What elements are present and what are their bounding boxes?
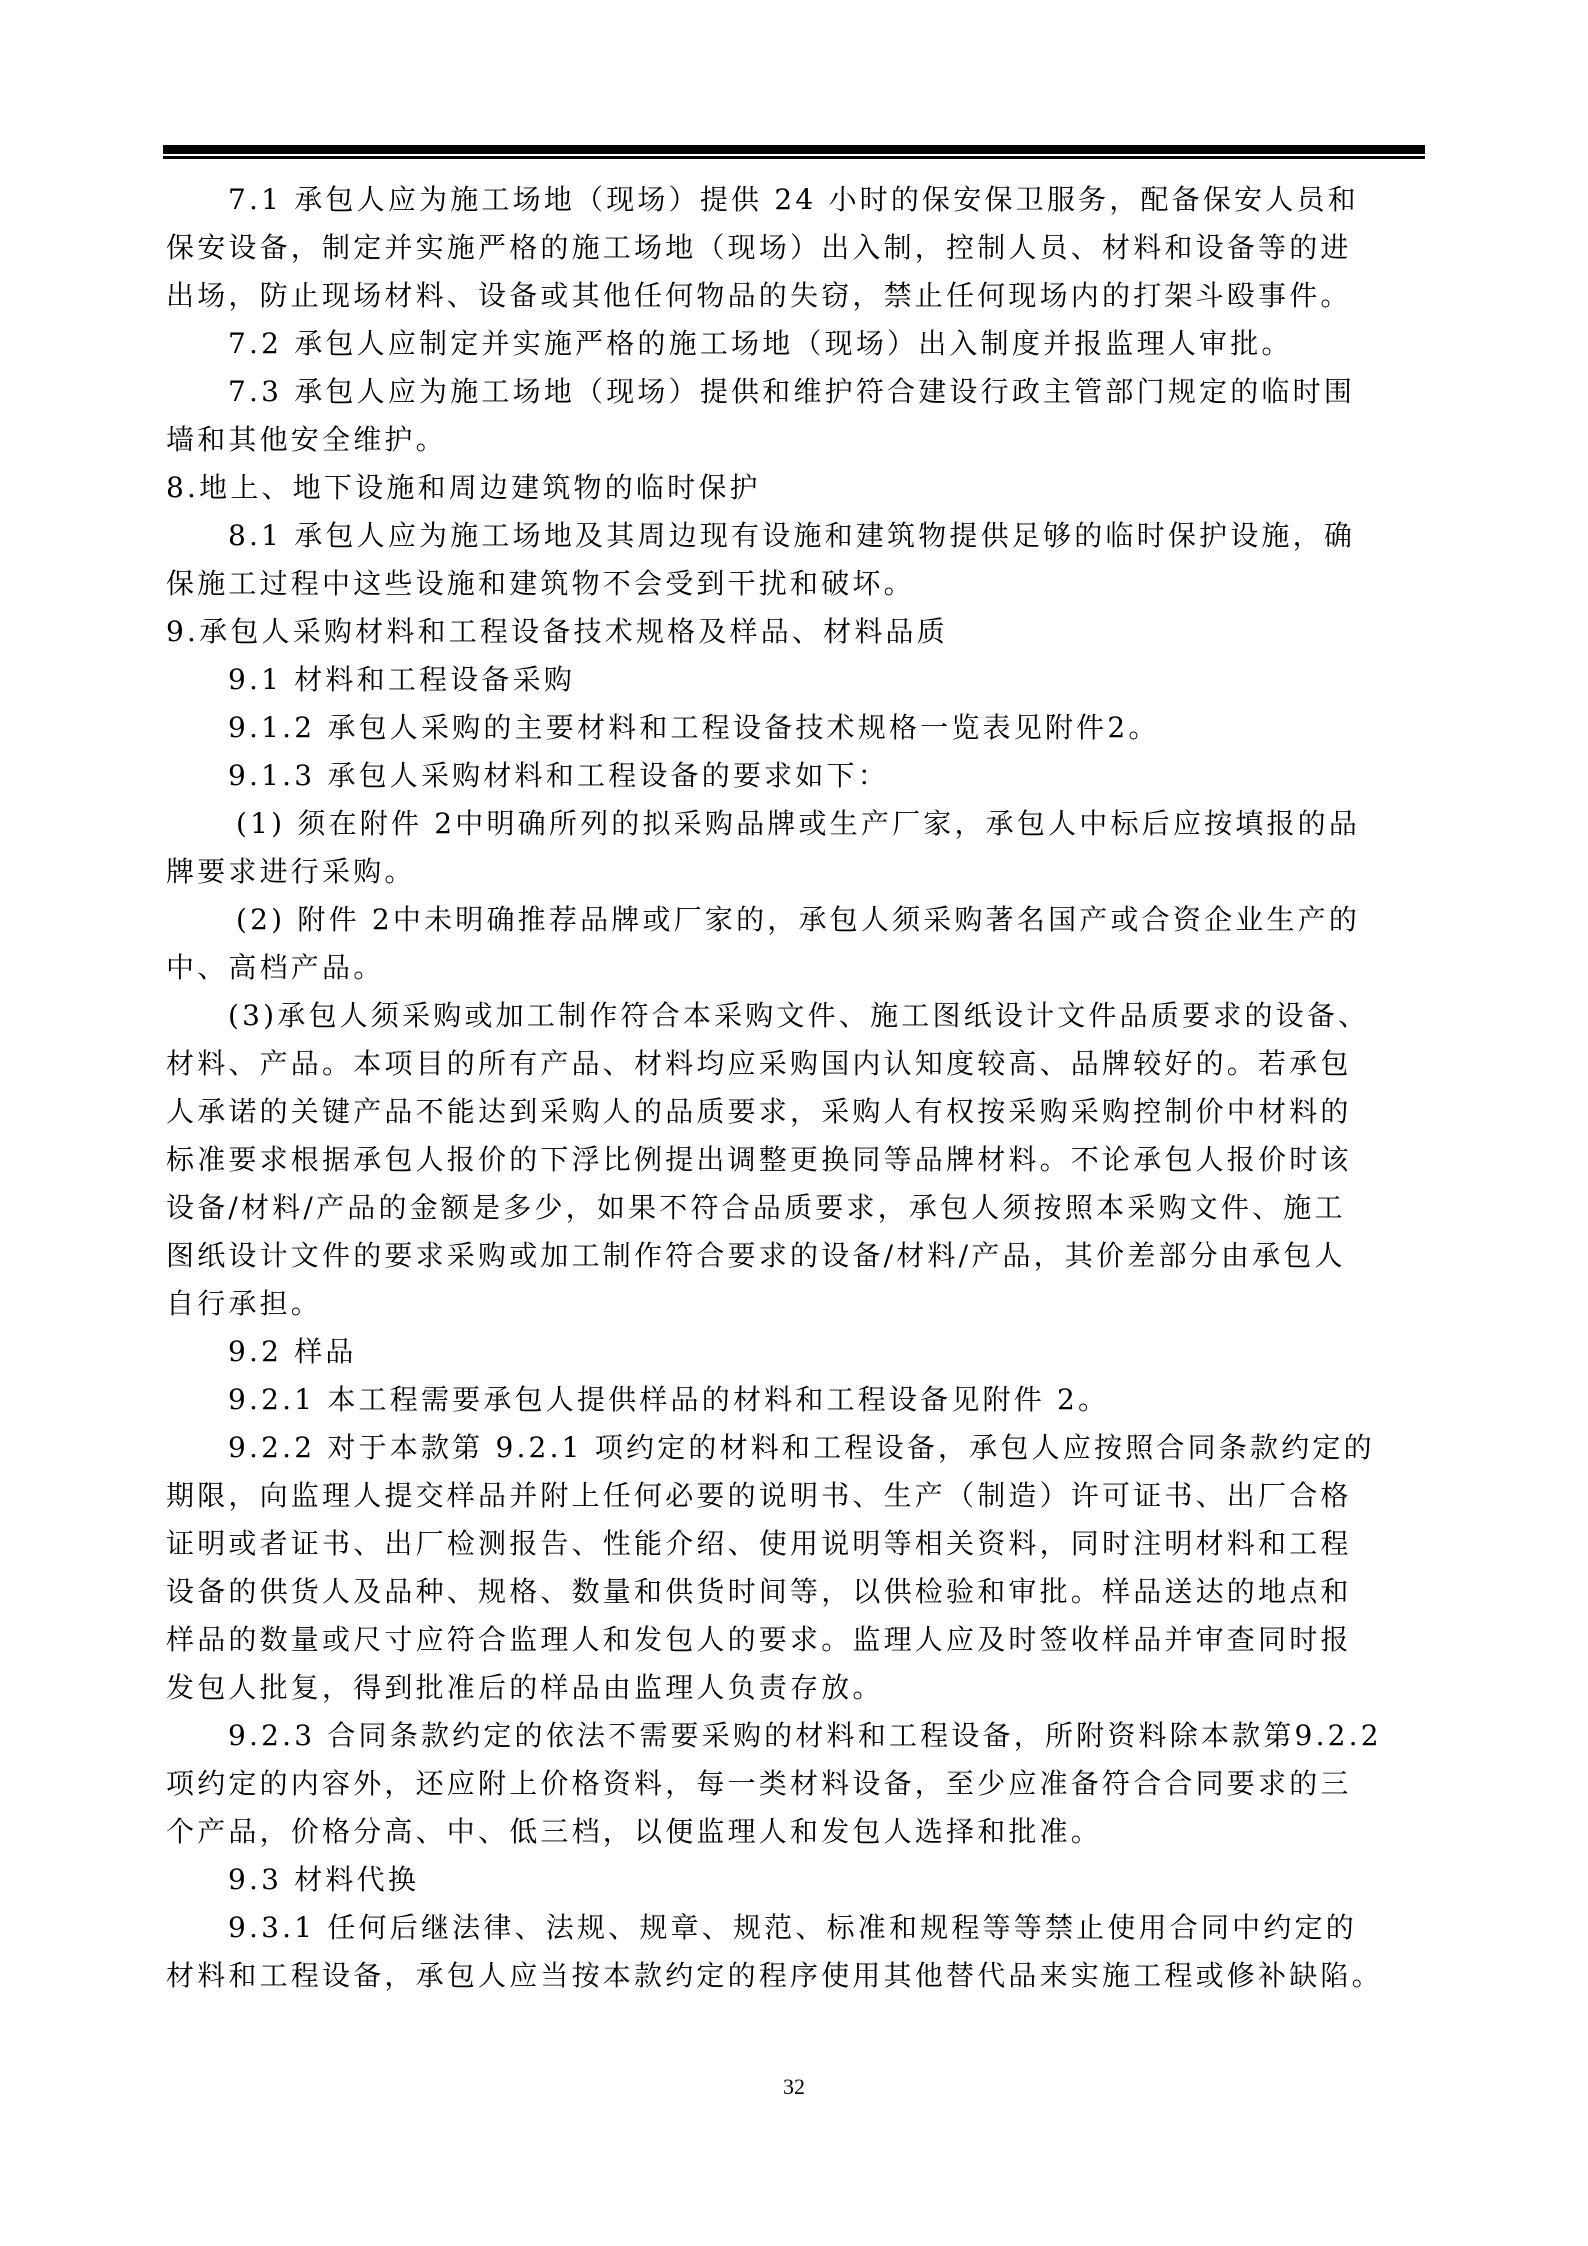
paragraph-line: 发包人批复，得到批准后的样品由监理人负责存放。 bbox=[166, 1664, 1392, 1712]
paragraph-line: 9.承包人采购材料和工程设备技术规格及样品、材料品质 bbox=[166, 608, 1392, 656]
paragraph-line: 牌要求进行采购。 bbox=[166, 848, 1392, 896]
paragraph-line: 设备的供货人及品种、规格、数量和供货时间等，以供检验和审批。样品送达的地点和 bbox=[166, 1568, 1392, 1616]
paragraph-line: 期限，向监理人提交样品并附上任何必要的说明书、生产（制造）许可证书、出厂合格 bbox=[166, 1472, 1392, 1520]
paragraph-first-line: 7.1 承包人应为施工场地（现场）提供 24 小时的保安保卫服务，配备保安人员和 bbox=[166, 176, 1392, 224]
paragraph-first-line: 9.2.1 本工程需要承包人提供样品的材料和工程设备见附件 2。 bbox=[166, 1376, 1392, 1424]
paragraph-line: 样品的数量或尺寸应符合监理人和发包人的要求。监理人应及时签收样品并审查同时报 bbox=[166, 1616, 1392, 1664]
header-rule-thick bbox=[163, 145, 1425, 154]
paragraph-first-line: (1) 须在附件 2中明确所列的拟采购品牌或生产厂家，承包人中标后应按填报的品 bbox=[166, 800, 1392, 848]
paragraph-first-line: 7.2 承包人应制定并实施严格的施工场地（现场）出入制度并报监理人审批。 bbox=[166, 320, 1392, 368]
paragraph-first-line: 8.1 承包人应为施工场地及其周边现有设施和建筑物提供足够的临时保护设施，确 bbox=[166, 512, 1392, 560]
paragraph-first-line: 9.2.3 合同条款约定的依法不需要采购的材料和工程设备，所附资料除本款第9.2… bbox=[166, 1712, 1392, 1760]
header-rule-thin bbox=[163, 156, 1425, 159]
paragraph-line: 自行承担。 bbox=[166, 1280, 1392, 1328]
paragraph-line: 8.地上、地下设施和周边建筑物的临时保护 bbox=[166, 464, 1392, 512]
paragraph-line: 出场，防止现场材料、设备或其他任何物品的失窃，禁止任何现场内的打架斗殴事件。 bbox=[166, 272, 1392, 320]
paragraph-line: 材料和工程设备，承包人应当按本款约定的程序使用其他替代品来实施工程或修补缺陷。 bbox=[166, 1952, 1392, 2000]
paragraph-line: 个产品，价格分高、中、低三档，以便监理人和发包人选择和批准。 bbox=[166, 1808, 1392, 1856]
paragraph-first-line: (3)承包人须采购或加工制作符合本采购文件、施工图纸设计文件品质要求的设备、 bbox=[166, 992, 1392, 1040]
document-body: 7.1 承包人应为施工场地（现场）提供 24 小时的保安保卫服务，配备保安人员和… bbox=[166, 176, 1392, 2000]
paragraph-line: 证明或者证书、出厂检测报告、性能介绍、使用说明等相关资料，同时注明材料和工程 bbox=[166, 1520, 1392, 1568]
paragraph-line: 图纸设计文件的要求采购或加工制作符合要求的设备/材料/产品，其价差部分由承包人 bbox=[166, 1232, 1392, 1280]
paragraph-line: 标准要求根据承包人报价的下浮比例提出调整更换同等品牌材料。不论承包人报价时该 bbox=[166, 1136, 1392, 1184]
page-number: 32 bbox=[0, 2072, 1588, 2102]
paragraph-first-line: 9.1.2 承包人采购的主要材料和工程设备技术规格一览表见附件2。 bbox=[166, 704, 1392, 752]
paragraph-first-line: 7.3 承包人应为施工场地（现场）提供和维护符合建设行政主管部门规定的临时围 bbox=[166, 368, 1392, 416]
paragraph-line: 保施工过程中这些设施和建筑物不会受到干扰和破坏。 bbox=[166, 560, 1392, 608]
paragraph-first-line: 9.2.2 对于本款第 9.2.1 项约定的材料和工程设备，承包人应按照合同条款… bbox=[166, 1424, 1392, 1472]
paragraph-line: 保安设备，制定并实施严格的施工场地（现场）出入制，控制人员、材料和设备等的进 bbox=[166, 224, 1392, 272]
paragraph-line: 设备/材料/产品的金额是多少，如果不符合品质要求，承包人须按照本采购文件、施工 bbox=[166, 1184, 1392, 1232]
document-page: 7.1 承包人应为施工场地（现场）提供 24 小时的保安保卫服务，配备保安人员和… bbox=[0, 0, 1588, 2246]
paragraph-line: 墙和其他安全维护。 bbox=[166, 416, 1392, 464]
paragraph-line: 项约定的内容外，还应附上价格资料，每一类材料设备，至少应准备符合合同要求的三 bbox=[166, 1760, 1392, 1808]
paragraph-line: 材料、产品。本项目的所有产品、材料均应采购国内认知度较高、品牌较好的。若承包 bbox=[166, 1040, 1392, 1088]
paragraph-line: 中、高档产品。 bbox=[166, 944, 1392, 992]
paragraph-first-line: 9.2 样品 bbox=[166, 1328, 1392, 1376]
paragraph-first-line: 9.1.3 承包人采购材料和工程设备的要求如下： bbox=[166, 752, 1392, 800]
paragraph-first-line: 9.3 材料代换 bbox=[166, 1856, 1392, 1904]
paragraph-line: 人承诺的关键产品不能达到采购人的品质要求，采购人有权按采购采购控制价中材料的 bbox=[166, 1088, 1392, 1136]
paragraph-first-line: (2) 附件 2中未明确推荐品牌或厂家的，承包人须采购著名国产或合资企业生产的 bbox=[166, 896, 1392, 944]
paragraph-first-line: 9.1 材料和工程设备采购 bbox=[166, 656, 1392, 704]
paragraph-first-line: 9.3.1 任何后继法律、法规、规章、规范、标准和规程等等禁止使用合同中约定的 bbox=[166, 1904, 1392, 1952]
